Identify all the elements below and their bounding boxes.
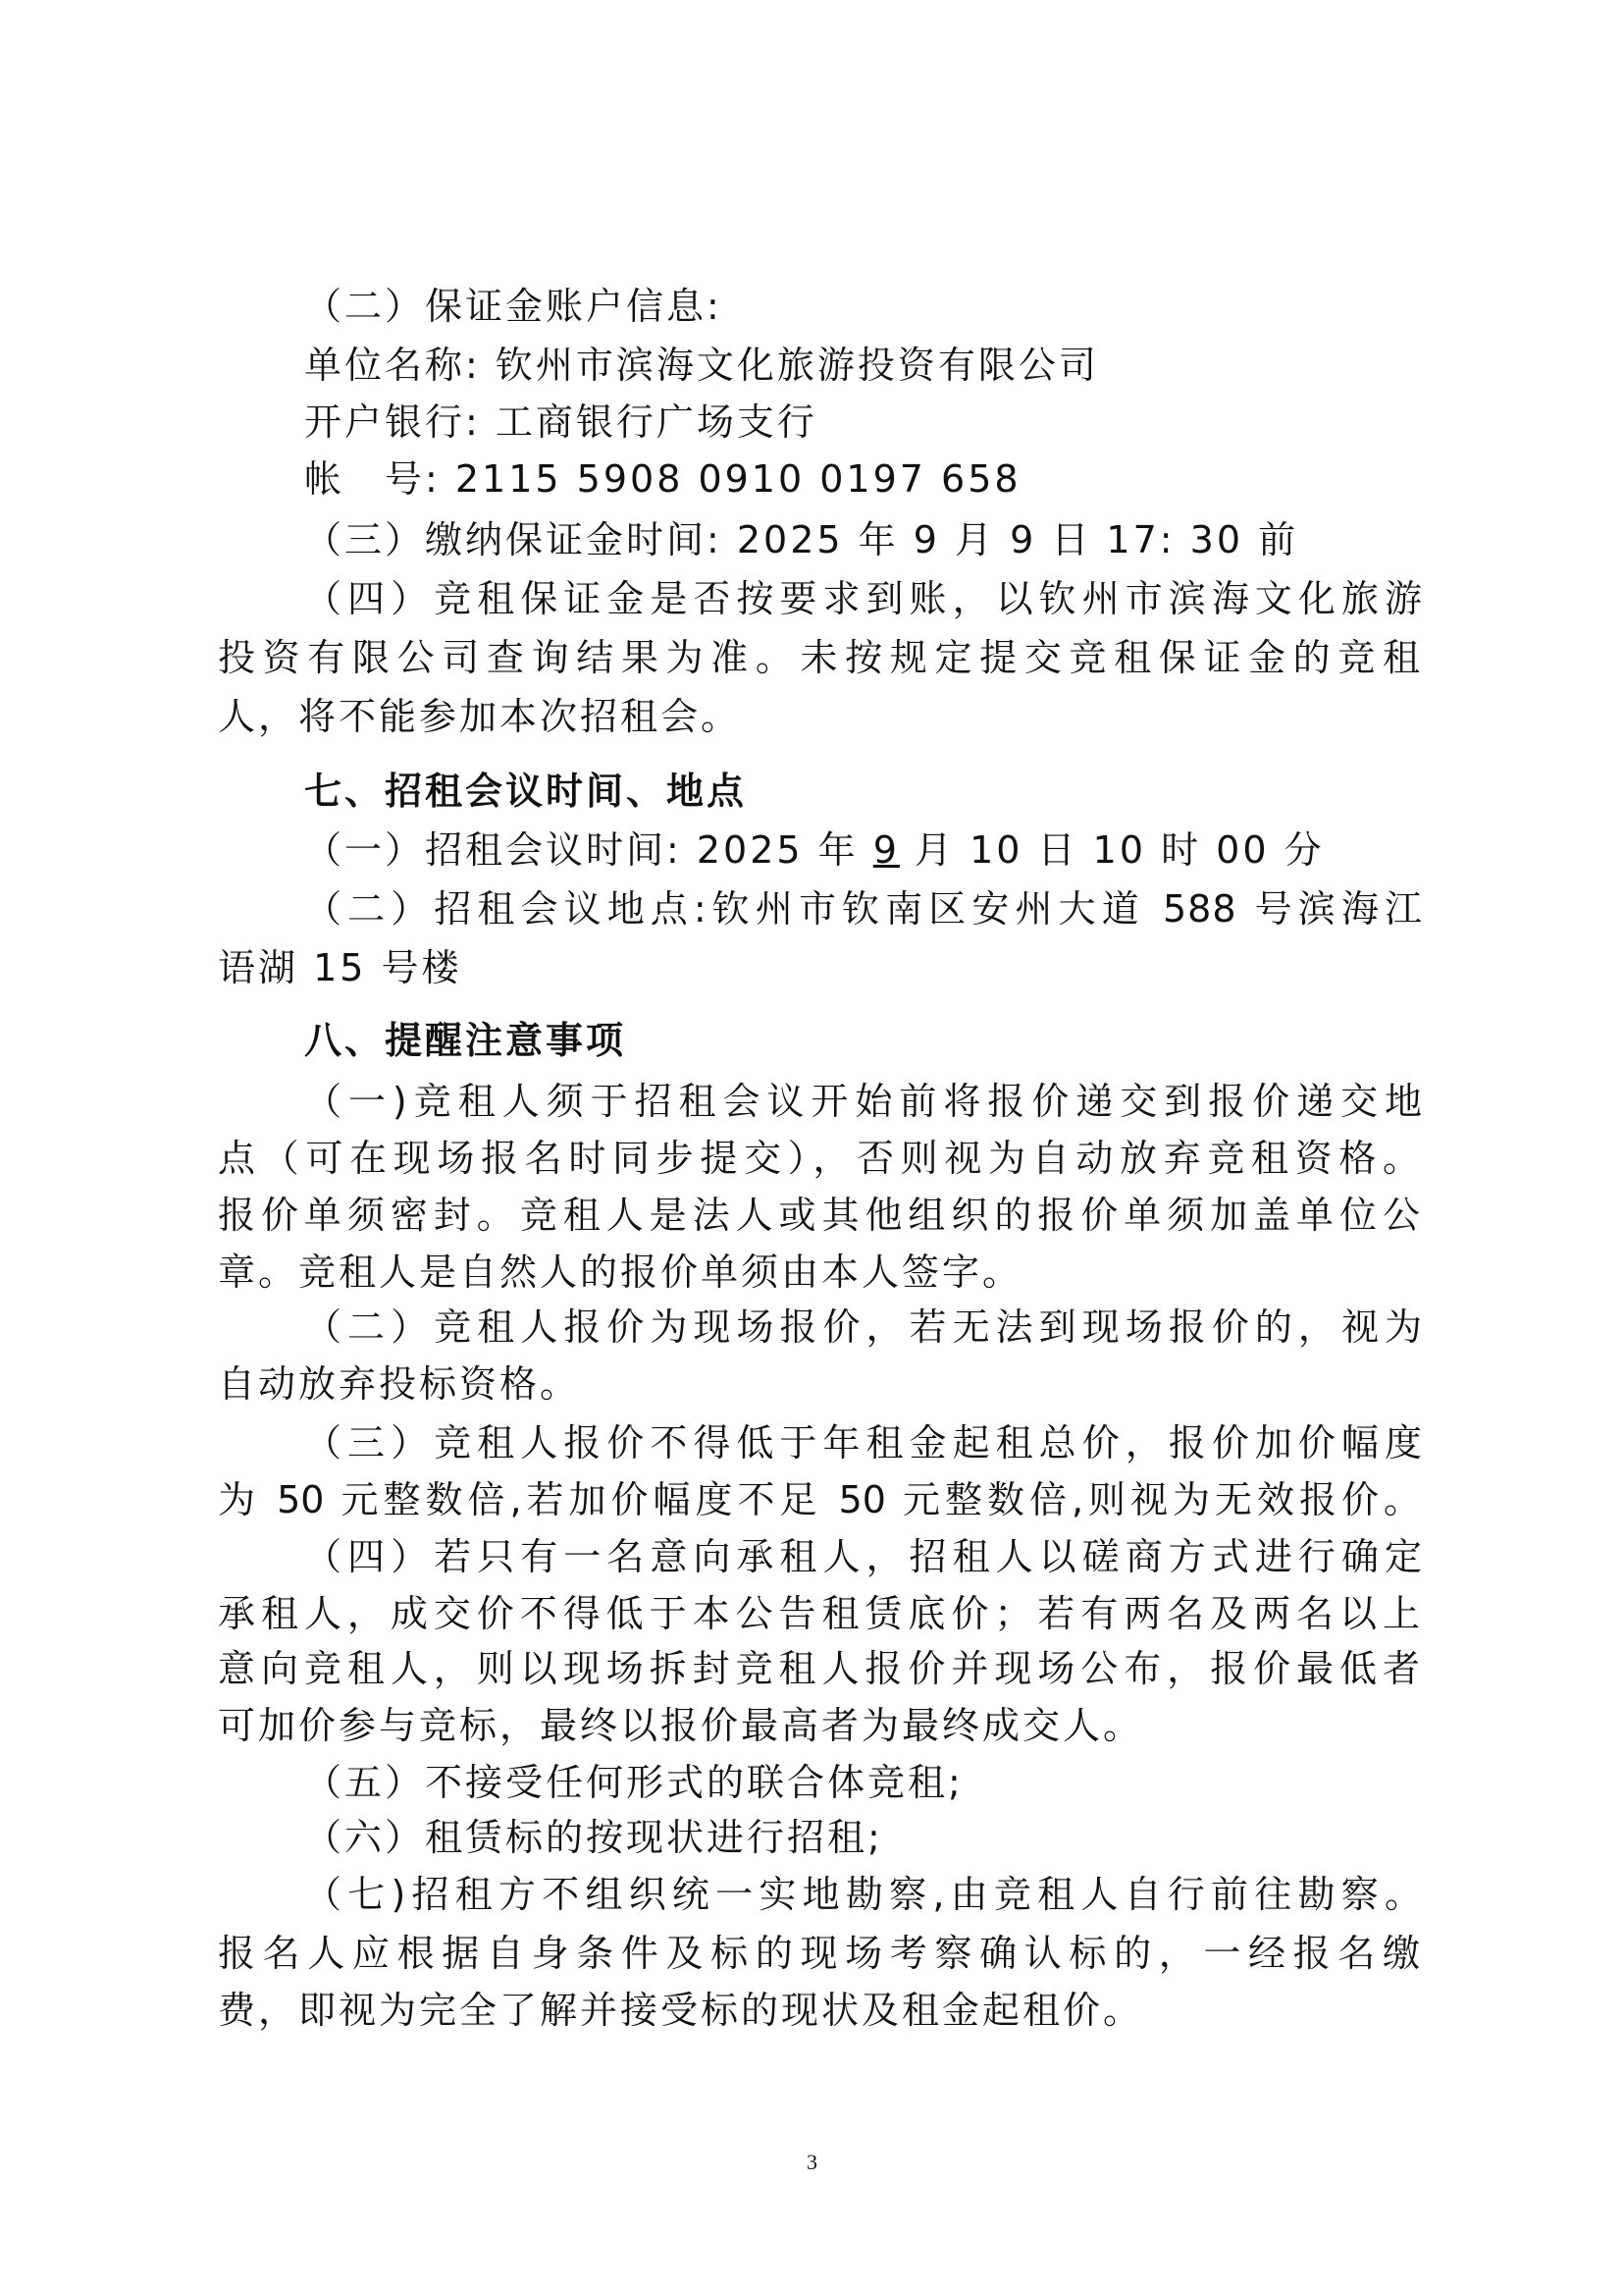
deposit-item4-line2: 投资有限公司查询结果为准。未按规定提交竞租保证金的竞租 xyxy=(218,628,1421,687)
section7-heading: 七、招租会议时间、地点 xyxy=(304,762,747,821)
deposit-unit-name: 单位名称: 钦州市滨海文化旅游投资有限公司 xyxy=(304,336,1099,395)
notice-item2-line1: （二）竞租人报价为现场报价，若无法到现场报价的，视为 xyxy=(304,1298,1423,1357)
notice-item4-line3: 意向竞租人，则以现场拆封竞租人报价并现场公布，报价最低者 xyxy=(218,1639,1421,1698)
document-page: （二）保证金账户信息: 单位名称: 钦州市滨海文化旅游投资有限公司 开户银行: … xyxy=(0,0,1624,2288)
notice-item4-line2: 承租人，成交价不得低于本公告租赁底价；若有两名及两名以上 xyxy=(218,1584,1421,1643)
notice-item7-line2: 报名人应根据自身条件及标的现场考察确认标的，一经报名缴 xyxy=(218,1924,1421,1983)
section8-heading: 八、提醒注意事项 xyxy=(304,1011,626,1070)
deposit-account-number: 帐 号: 2115 5908 0910 0197 658 xyxy=(304,450,1022,508)
deposit-deadline: （三）缴纳保证金时间: 2025 年 9 月 9 日 17: 30 前 xyxy=(304,510,1298,569)
notice-item5: （五）不接受任何形式的联合体竞租; xyxy=(304,1753,964,1812)
notice-item1-line1: （一)竞租人须于招租会议开始前将报价递交到报价递交地 xyxy=(304,1072,1423,1131)
meeting-time-prefix: （一）招租会议时间: 2025 年 xyxy=(304,828,859,872)
meeting-time: （一）招租会议时间: 2025 年 9 月 10 日 10 时 00 分 xyxy=(304,821,1325,879)
notice-item3-line2: 为 50 元整数倍,若加价幅度不足 50 元整数倍,则视为无效报价。 xyxy=(218,1470,1421,1529)
notice-item6: （六）租赁标的按现状进行招租; xyxy=(304,1808,883,1867)
meeting-time-month: 9 xyxy=(873,828,900,872)
meeting-time-suffix: 月 10 日 10 时 00 分 xyxy=(915,828,1325,872)
notice-item7-line3: 费，即视为完全了解并接受标的现状及租金起租价。 xyxy=(218,1981,1143,2040)
page-number: 3 xyxy=(0,2150,1624,2175)
deposit-item4-line1: （四）竞租保证金是否按要求到账，以钦州市滨海文化旅游 xyxy=(304,569,1423,628)
notice-item4-line1: （四）若只有一名意向承租人，招租人以磋商方式进行确定 xyxy=(304,1527,1423,1586)
deposit-bank: 开户银行: 工商银行广场支行 xyxy=(304,393,817,452)
deposit-account-heading: （二）保证金账户信息: xyxy=(304,277,722,336)
deposit-item4-line3: 人，将不能参加本次招租会。 xyxy=(218,687,741,746)
notice-item2-line2: 自动放弃投标资格。 xyxy=(218,1355,580,1413)
notice-item1-line4: 章。竞租人是自然人的报价单须由本人签字。 xyxy=(218,1243,1022,1302)
notice-item1-line2: 点（可在现场报名时同步提交），否则视为自动放弃竞租资格。 xyxy=(218,1129,1421,1188)
notice-item1-line3: 报价单须密封。竞租人是法人或其他组织的报价单须加盖单位公 xyxy=(218,1186,1421,1245)
notice-item7-line1: （七)招租方不组织统一实地勘察,由竞租人自行前往勘察。 xyxy=(304,1865,1423,1924)
notice-item4-line4: 可加价参与竞标，最终以报价最高者为最终成交人。 xyxy=(218,1696,1143,1755)
meeting-place-line2: 语湖 15 号楼 xyxy=(218,938,462,997)
notice-item3-line1: （三）竞租人报价不得低于年租金起租总价，报价加价幅度 xyxy=(304,1413,1423,1472)
meeting-place-line1: （二）招租会议地点:钦州市钦南区安州大道 588 号滨海江 xyxy=(304,879,1423,938)
